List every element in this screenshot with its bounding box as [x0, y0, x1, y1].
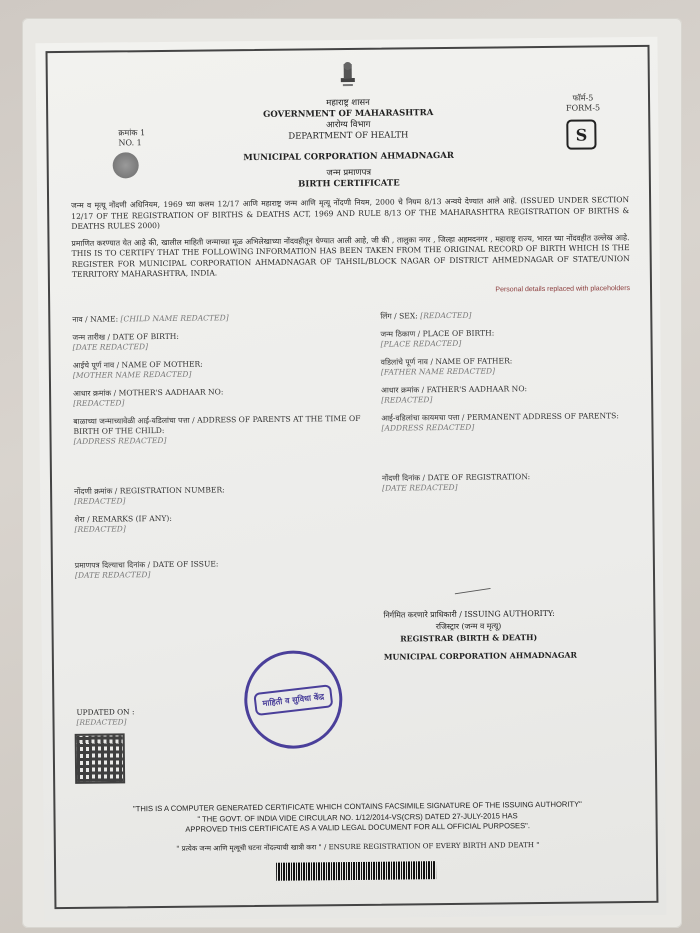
- remarks: [REDACTED]: [74, 522, 364, 535]
- date-of-registration: [DATE REDACTED]: [382, 481, 652, 494]
- mother-name: [MOTHER NAME REDACTED]: [73, 368, 363, 381]
- certificate-border: महाराष्ट्र शासन GOVERNMENT OF MAHARASHTR…: [46, 45, 659, 909]
- national-emblem-icon: [333, 60, 363, 90]
- mother-aadhaar: [REDACTED]: [73, 396, 363, 409]
- address-at-birth: [ADDRESS REDACTED]: [74, 434, 364, 447]
- right-fields: लिंग / SEX: [REDACTED] जन्म ठिकाण / PLAC…: [380, 309, 652, 502]
- form-label: फॉर्म-5 FORM-5: [566, 93, 600, 113]
- date-of-issue: [DATE REDACTED]: [75, 568, 365, 581]
- certificate-footer: "THIS IS A COMPUTER GENERATED CERTIFICAT…: [95, 799, 619, 854]
- crs-logo-icon: S: [566, 119, 596, 149]
- certificate-title: जन्म प्रमाणपत्र BIRTH CERTIFICATE: [49, 165, 649, 193]
- child-name: [CHILD NAME REDACTED]: [120, 313, 228, 323]
- redaction-note: Personal details replaced with placehold…: [72, 285, 630, 298]
- date-of-birth: [DATE REDACTED]: [73, 340, 363, 353]
- issuing-authority: निर्गमित करणारे प्राधिकारी / ISSUING AUT…: [383, 607, 654, 664]
- sex: [REDACTED]: [420, 311, 471, 321]
- father-aadhaar: [REDACTED]: [381, 393, 651, 406]
- certificate-number: क्रमांक 1 NO. 1: [118, 128, 145, 148]
- birth-certificate: महाराष्ट्र शासन GOVERNMENT OF MAHARASHTR…: [35, 37, 666, 921]
- barcode-icon: [276, 861, 436, 881]
- official-stamp: माहिती व सुविधा केंद्र: [239, 645, 348, 754]
- permanent-address: [ADDRESS REDACTED]: [381, 421, 651, 434]
- registration-number: [REDACTED]: [74, 494, 364, 507]
- legal-preamble: जन्म व मृत्यू नोंदणी अधिनियम, 1969 च्या …: [71, 195, 630, 286]
- left-fields: नाव / NAME: [CHILD NAME REDACTED] जन्म त…: [72, 312, 365, 589]
- municipality-name: MUNICIPAL CORPORATION AHMADNAGAR: [49, 149, 649, 165]
- qr-code-icon: [77, 735, 123, 781]
- updated-on: UPDATED ON : [REDACTED]: [76, 707, 134, 728]
- place-of-birth: [PLACE REDACTED]: [381, 337, 651, 350]
- father-name: [FATHER NAME REDACTED]: [381, 365, 651, 378]
- registrar-signature: [452, 566, 491, 594]
